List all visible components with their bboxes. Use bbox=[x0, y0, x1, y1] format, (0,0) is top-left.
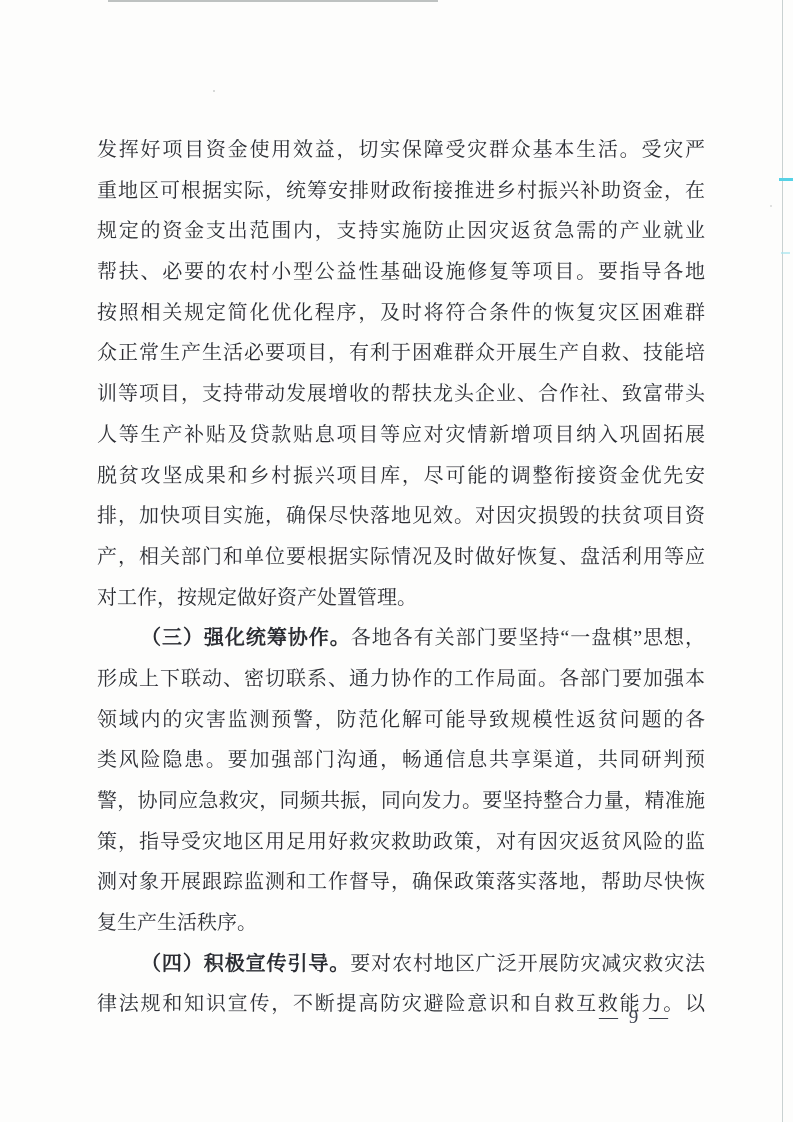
text-line: 发挥好项目资金使用效益，切实保障受灾群众基本生活。受灾严 bbox=[97, 130, 705, 171]
text-line: 类风险隐患。要加强部门沟通，畅通信息共享渠道，共同研判预 bbox=[97, 740, 705, 781]
line-text: 产，相关部门和单位要根据实际情况及时做好恢复、盘活利用等应 bbox=[97, 546, 705, 568]
line-text: 按照相关规定简化优化程序，及时将符合条件的恢复灾区困难群 bbox=[97, 302, 705, 324]
scan-artifact-cyan-mark bbox=[779, 178, 793, 181]
page-number: — 9 — bbox=[580, 1003, 690, 1033]
text-line: （三）强化统筹协作。各地各有关部门要坚持“一盘棋”思想， bbox=[97, 618, 705, 659]
text-line: 按照相关规定简化优化程序，及时将符合条件的恢复灾区困难群 bbox=[97, 293, 705, 334]
text-line: 领域内的灾害监测预警，防范化解可能导致规模性返贫问题的各 bbox=[97, 700, 705, 741]
text-line: 排，加快项目实施，确保尽快落地见效。对因灾损毁的扶贫项目资 bbox=[97, 496, 705, 537]
scan-artifact-top-line bbox=[108, 0, 438, 2]
line-text: 策，指导受灾地区用足用好救灾救助政策，对有因灾返贫风险的监 bbox=[97, 831, 705, 853]
line-text: 警，协同应急救灾，同频共振，同向发力。要坚持整合力量，精准施 bbox=[97, 790, 705, 812]
line-text: 领域内的灾害监测预警，防范化解可能导致规模性返贫问题的各 bbox=[97, 709, 705, 731]
text-line: （四）积极宣传引导。要对农村地区广泛开展防灾减灾救灾法 bbox=[97, 944, 705, 985]
text-line: 策，指导受灾地区用足用好救灾救助政策，对有因灾返贫风险的监 bbox=[97, 822, 705, 863]
scan-speck bbox=[213, 90, 215, 92]
text-line: 警，协同应急救灾，同频共振，同向发力。要坚持整合力量，精准施 bbox=[97, 781, 705, 822]
text-line: 形成上下联动、密切联系、通力协作的工作局面。各部门要加强本 bbox=[97, 659, 705, 700]
line-text: 帮扶、必要的农村小型公益性基础设施修复等项目。要指导各地 bbox=[97, 261, 705, 283]
line-text: 形成上下联动、密切联系、通力协作的工作局面。各部门要加强本 bbox=[97, 668, 705, 690]
line-text: 训等项目，支持带动发展增收的帮扶龙头企业、合作社、致富带头 bbox=[97, 383, 705, 405]
page-number-text: — 9 — bbox=[599, 1007, 671, 1028]
scan-speck bbox=[770, 205, 772, 207]
text-line: 重地区可根据实际，统筹安排财政衔接推进乡村振兴补助资金，在 bbox=[97, 171, 705, 212]
line-text: 要对农村地区广泛开展防灾减灾救灾法 bbox=[350, 953, 705, 975]
line-text: 脱贫攻坚成果和乡村振兴项目库，尽可能的调整衔接资金优先安 bbox=[97, 465, 705, 487]
paragraph-heading: （三）强化统筹协作。 bbox=[141, 627, 351, 649]
body-text: 发挥好项目资金使用效益，切实保障受灾群众基本生活。受灾严重地区可根据实际，统筹安… bbox=[97, 130, 705, 1025]
text-line: 人等生产补贴及贷款贴息项目等应对灾情新增项目纳入巩固拓展 bbox=[97, 415, 705, 456]
line-text: 发挥好项目资金使用效益，切实保障受灾群众基本生活。受灾严 bbox=[97, 139, 705, 161]
text-line: 训等项目，支持带动发展增收的帮扶龙头企业、合作社、致富带头 bbox=[97, 374, 705, 415]
text-line: 众正常生产生活必要项目，有利于困难群众开展生产自救、技能培 bbox=[97, 333, 705, 374]
scan-artifact-right-line bbox=[782, 0, 783, 1122]
paragraph-heading: （四）积极宣传引导。 bbox=[141, 953, 350, 975]
text-line: 帮扶、必要的农村小型公益性基础设施修复等项目。要指导各地 bbox=[97, 252, 705, 293]
text-line: 规定的资金支出范围内，支持实施防止因灾返贫急需的产业就业 bbox=[97, 211, 705, 252]
text-line: 复生产生活秩序。 bbox=[97, 903, 705, 944]
line-text: 类风险隐患。要加强部门沟通，畅通信息共享渠道，共同研判预 bbox=[97, 749, 705, 771]
line-text: 规定的资金支出范围内，支持实施防止因灾返贫急需的产业就业 bbox=[97, 220, 705, 242]
line-text: 各地各有关部门要坚持“一盘棋”思想， bbox=[351, 627, 705, 649]
line-text: 对工作，按规定做好资产处置管理。 bbox=[97, 587, 417, 609]
text-line: 脱贫攻坚成果和乡村振兴项目库，尽可能的调整衔接资金优先安 bbox=[97, 456, 705, 497]
document-page: 发挥好项目资金使用效益，切实保障受灾群众基本生活。受灾严重地区可根据实际，统筹安… bbox=[0, 0, 793, 1122]
text-line: 测对象开展跟踪监测和工作督导，确保政策落实落地，帮助尽快恢 bbox=[97, 862, 705, 903]
text-line: 对工作，按规定做好资产处置管理。 bbox=[97, 578, 705, 619]
line-text: 众正常生产生活必要项目，有利于困难群众开展生产自救、技能培 bbox=[97, 342, 705, 364]
line-text: 重地区可根据实际，统筹安排财政衔接推进乡村振兴补助资金，在 bbox=[97, 180, 705, 202]
line-text: 复生产生活秩序。 bbox=[97, 912, 257, 934]
line-text: 人等生产补贴及贷款贴息项目等应对灾情新增项目纳入巩固拓展 bbox=[97, 424, 705, 446]
line-text: 测对象开展跟踪监测和工作督导，确保政策落实落地，帮助尽快恢 bbox=[97, 871, 705, 893]
scan-artifact-cyan-mark-faint bbox=[781, 252, 790, 254]
text-line: 产，相关部门和单位要根据实际情况及时做好恢复、盘活利用等应 bbox=[97, 537, 705, 578]
line-text: 排，加快项目实施，确保尽快落地见效。对因灾损毁的扶贫项目资 bbox=[97, 505, 705, 527]
